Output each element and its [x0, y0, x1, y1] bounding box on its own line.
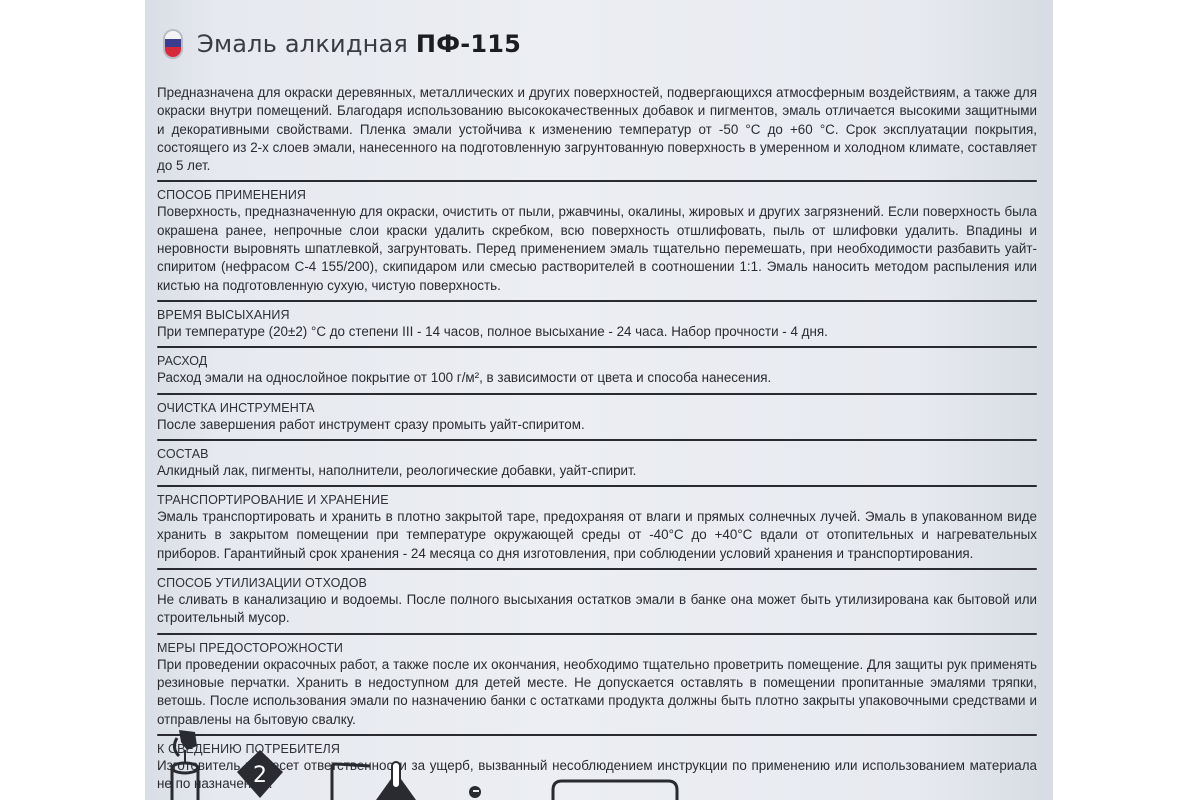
product-title-row: Эмаль алкидная ПФ-115	[165, 30, 521, 58]
divider	[157, 439, 1037, 441]
divider	[157, 485, 1037, 487]
divider	[157, 568, 1037, 570]
pictogram-row: 2	[145, 718, 1053, 800]
section-consumption: РАСХОД Расход эмали на однослойное покры…	[157, 354, 1037, 394]
section-composition: СОСТАВ Алкидный лак, пигменты, наполните…	[157, 447, 1037, 487]
divider	[157, 300, 1037, 302]
section-heading: ВРЕМЯ ВЫСЫХАНИЯ	[157, 308, 1037, 323]
russia-flag-icon	[165, 31, 181, 57]
section-drying-time: ВРЕМЯ ВЫСЫХАНИЯ При температуре (20±2) °…	[157, 308, 1037, 348]
divider	[157, 180, 1037, 182]
section-transport-storage: ТРАНСПОРТИРОВАНИЕ И ХРАНЕНИЕ Эмаль транс…	[157, 493, 1037, 570]
section-text: После завершения работ инструмент сразу …	[157, 416, 1037, 434]
product-title-bold: ПФ-115	[416, 30, 521, 58]
section-text: Поверхность, предназначенную для окраски…	[157, 203, 1037, 294]
section-heading: ОЧИСТКА ИНСТРУМЕНТА	[157, 401, 1037, 416]
section-heading: МЕРЫ ПРЕДОСТОРОЖНОСТИ	[157, 641, 1037, 656]
rounded-frame-icon	[550, 778, 680, 800]
section-text: Не сливать в канализацию и водоемы. Посл…	[157, 591, 1037, 628]
label-content: Предназначена для окраски деревянных, ме…	[157, 84, 1037, 793]
two-coats-icon: 2	[233, 748, 287, 800]
section-heading: РАСХОД	[157, 354, 1037, 369]
section-text: При температуре (20±2) °С до степени III…	[157, 323, 1037, 341]
section-text: Расход эмали на однослойное покрытие от …	[157, 369, 1037, 387]
divider	[157, 393, 1037, 395]
section-heading: СОСТАВ	[157, 447, 1037, 462]
temperature-icon	[330, 760, 420, 800]
product-title-light: Эмаль алкидная	[197, 30, 408, 58]
svg-text:2: 2	[253, 763, 267, 788]
section-text: Алкидный лак, пигменты, наполнители, рео…	[157, 462, 1037, 480]
paint-can-label: Эмаль алкидная ПФ-115 Предназначена для …	[145, 0, 1053, 800]
small-symbol-icon	[468, 784, 482, 800]
divider	[157, 346, 1037, 348]
section-heading: ТРАНСПОРТИРОВАНИЕ И ХРАНЕНИЕ	[157, 493, 1037, 508]
intro-section: Предназначена для окраски деревянных, ме…	[157, 84, 1037, 182]
section-application: СПОСОБ ПРИМЕНЕНИЯ Поверхность, предназна…	[157, 188, 1037, 301]
section-disposal: СПОСОБ УТИЛИЗАЦИИ ОТХОДОВ Не сливать в к…	[157, 576, 1037, 635]
section-heading: СПОСОБ УТИЛИЗАЦИИ ОТХОДОВ	[157, 576, 1037, 591]
section-heading: СПОСОБ ПРИМЕНЕНИЯ	[157, 188, 1037, 203]
product-title: Эмаль алкидная ПФ-115	[197, 30, 521, 58]
section-tool-cleaning: ОЧИСТКА ИНСТРУМЕНТА После завершения раб…	[157, 401, 1037, 441]
intro-text: Предназначена для окраски деревянных, ме…	[157, 84, 1037, 175]
section-text: Эмаль транспортировать и хранить в плотн…	[157, 508, 1037, 563]
divider	[157, 633, 1037, 635]
pour-paint-can-icon	[165, 728, 205, 800]
